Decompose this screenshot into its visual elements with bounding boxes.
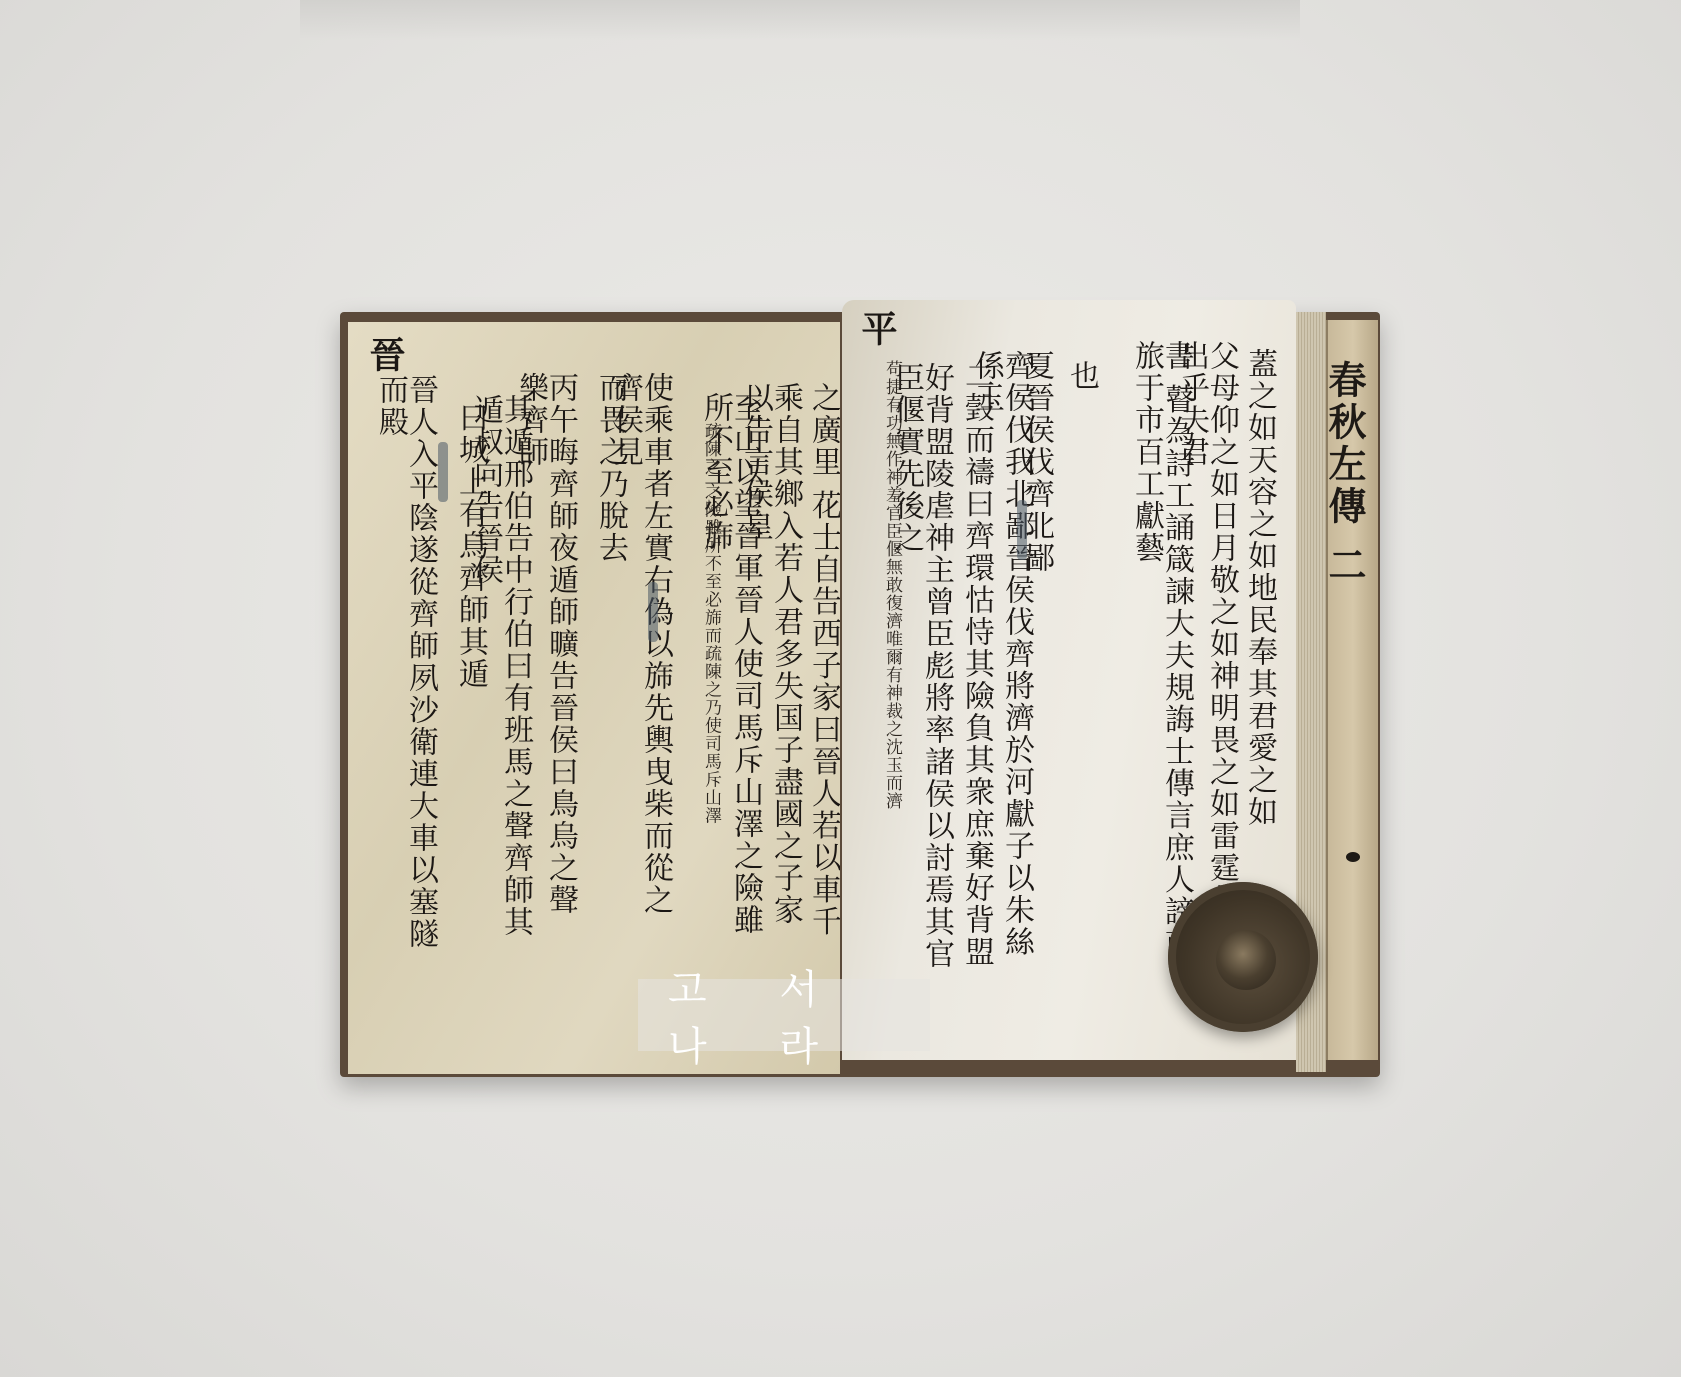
brass-paper-weight [1168, 882, 1318, 1032]
book-spine: 春秋左傳 二 [1326, 320, 1378, 1060]
ink-smudge [1017, 500, 1027, 560]
ink-smudge [438, 442, 448, 502]
text-column: 蓋之如天容之如地民奉其君愛之如 [1244, 348, 1274, 968]
text-column: 書 瞽為詩工誦箴諫大夫規誨士傳言庶人謗商旅于市百工獻藝 [1131, 340, 1191, 960]
spine-dot [1346, 852, 1360, 862]
text-column: 也 [1066, 360, 1096, 440]
text-column: 之廣里 花士自告西子家曰晉人若以車千 [808, 382, 838, 942]
watermark-text: 고 서 나 라 [638, 958, 930, 1072]
annotation-column: 苟捷有功無作神羞官臣偃無敢復濟唯爾有神裁之沈玉而濟 [883, 360, 901, 980]
text-column: 而畏之乃脫去 [595, 372, 625, 672]
text-column: 晉人入平陰遂從齊師夙沙衛連大車以塞隧而殿 [375, 374, 435, 954]
spine-title: 春秋左傳 二 [1334, 360, 1372, 587]
watermark: 고 서 나 라 [638, 979, 930, 1051]
right-page-header: 平 [862, 310, 892, 348]
annotation-column: 疏陳之 之險雖所不至必旆而疏陳之乃使司馬斥山澤 [702, 422, 720, 942]
text-column: 二瑴而禱曰齊環怙恃其險負其衆庶棄好背盟 [961, 360, 991, 980]
left-page-header: 晉 [370, 336, 400, 374]
background-shadow [300, 0, 1300, 40]
weight-knob [1216, 930, 1276, 990]
text-column: 曰城上有烏齊師其遁 [455, 402, 485, 962]
ink-smudge [648, 582, 658, 642]
